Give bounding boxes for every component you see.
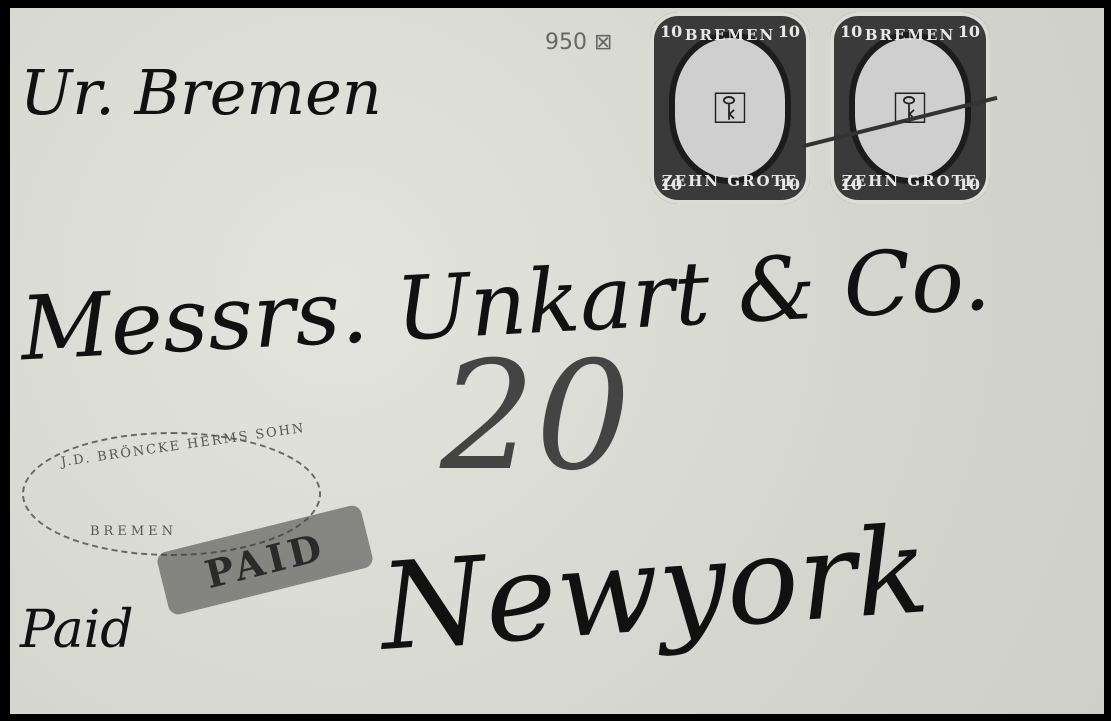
stamp-value: 10: [778, 22, 800, 41]
stamp-value: 10: [840, 22, 862, 41]
postage-stamp: BREMEN 10 10 10 10 ⚿ ZEHN GROTE: [650, 12, 810, 204]
stamp-denomination: ZEHN GROTE: [650, 172, 810, 190]
key-icon: ⚿: [713, 83, 746, 134]
rate-marking: 20: [440, 330, 631, 504]
address-line-1: Ur. Bremen: [20, 56, 382, 129]
oval-handstamp-bottom-text: BREMEN: [90, 524, 177, 539]
stamp-value: 10: [660, 22, 682, 41]
stamp-value: 10: [958, 22, 980, 41]
postage-stamp: BREMEN 10 10 10 10 ⚿ ZEHN GROTE: [830, 12, 990, 204]
stamp-denomination: ZEHN GROTE: [830, 172, 990, 190]
key-icon: ⚿: [893, 83, 926, 134]
pencil-note: 950 ⊠: [545, 30, 612, 55]
corner-note: Paid: [20, 600, 134, 660]
key-emblem: ⚿: [669, 32, 791, 184]
